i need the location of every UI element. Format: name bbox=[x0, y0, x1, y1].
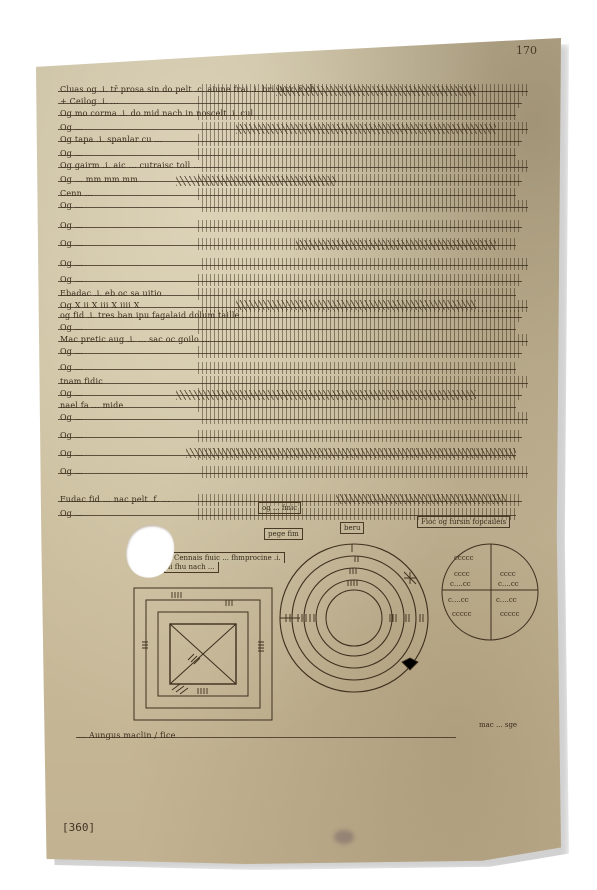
line-text: Og ... bbox=[58, 449, 83, 458]
square-diagram bbox=[128, 580, 278, 730]
line-text: tnam fidic bbox=[58, 377, 103, 386]
text-line: Og ... bbox=[58, 466, 528, 478]
svg-text:c....cc: c....cc bbox=[448, 596, 469, 604]
text-line: Og tapa .i. spanlar cu ... bbox=[58, 134, 522, 146]
line-text: nael fa ... mide bbox=[58, 401, 123, 410]
ogham-strokes bbox=[58, 274, 522, 286]
ogham-strokes bbox=[58, 220, 522, 232]
line-text: Og tapa .i. spanlar cu ... bbox=[58, 135, 163, 144]
line-text: Og gairm .i. aic ... cutraisc toll ... bbox=[58, 161, 201, 170]
svg-text:c....cc: c....cc bbox=[498, 580, 519, 588]
text-line: tnam fidic bbox=[58, 376, 528, 388]
line-text: og fid .i. tres ban ipu fagalaid dolum t… bbox=[58, 311, 251, 320]
line-text: + Ceilog .i. ... bbox=[58, 97, 119, 106]
text-line: Og ... bbox=[58, 274, 522, 286]
text-line: Og ... bbox=[58, 322, 516, 334]
line-text: Og ... bbox=[58, 201, 83, 210]
text-line: Og ... bbox=[58, 148, 516, 160]
text-line: nael fa ... mide bbox=[58, 400, 516, 412]
manuscript-page: 170 Cluas og .i. tr̄ prosa sin do pelt .… bbox=[36, 38, 561, 864]
ogham-strokes bbox=[58, 400, 516, 412]
ogham-strokes bbox=[176, 176, 336, 186]
ogham-strokes bbox=[58, 362, 516, 374]
line-text: Og ... bbox=[58, 347, 83, 356]
wheel-diagram: ccccc cccc cccc c....cc c....cc c....cc … bbox=[434, 538, 544, 648]
line-text: Og ... mm mm mm bbox=[58, 175, 138, 184]
ogham-strokes bbox=[336, 494, 506, 504]
text-line: Og ... bbox=[58, 200, 528, 212]
ogham-strokes bbox=[58, 466, 528, 478]
text-line: Ebadac .i. eb oc sa uitio bbox=[58, 288, 516, 300]
line-text: Og ... bbox=[58, 275, 83, 284]
bottom-right-note: mac ... sge bbox=[476, 720, 520, 730]
bottom-line-text: ... Aungus maclin / fice bbox=[76, 731, 176, 740]
ogham-strokes bbox=[58, 376, 528, 388]
line-text: Og ... bbox=[58, 389, 83, 398]
line-text: Og ... bbox=[58, 259, 83, 268]
ogham-strokes bbox=[296, 240, 496, 250]
label-box: ii fhu nach ... bbox=[164, 562, 219, 573]
text-line: Og ... bbox=[58, 362, 516, 374]
ogham-strokes bbox=[58, 430, 522, 442]
text-line: Cenn ... bbox=[58, 188, 516, 200]
text-line: Og ... bbox=[58, 258, 528, 270]
text-line: og fid .i. tres ban ipu fagalaid dolum t… bbox=[58, 310, 522, 322]
text-line: Og ... bbox=[58, 430, 522, 442]
ogham-strokes bbox=[58, 258, 528, 270]
line-text: Ebadac .i. eb oc sa uitio bbox=[58, 289, 162, 298]
ogham-strokes bbox=[58, 346, 522, 358]
line-text: Og ... bbox=[58, 239, 83, 248]
ogham-strokes bbox=[58, 96, 522, 108]
line-text: Og ... bbox=[58, 123, 83, 132]
line-text: Og X ii X iii X iiii X bbox=[58, 301, 140, 310]
ogham-strokes bbox=[58, 322, 516, 334]
ogham-strokes bbox=[186, 448, 516, 458]
line-text: Og ... bbox=[58, 431, 83, 440]
line-text: Og ... bbox=[58, 363, 83, 372]
line-text: Cluas og .i. tr̄ prosa sin do pelt .c. a… bbox=[58, 85, 316, 94]
text-line: Og gairm .i. aic ... cutraisc toll ... bbox=[58, 160, 528, 172]
text-line: Og ... bbox=[58, 220, 522, 232]
svg-text:cccc: cccc bbox=[500, 570, 516, 578]
folio-number: 170 bbox=[516, 44, 537, 57]
line-text: Og ... bbox=[58, 509, 83, 518]
svg-text:ccccc: ccccc bbox=[500, 610, 520, 618]
line-text: Og ... bbox=[58, 323, 83, 332]
svg-text:ccccc: ccccc bbox=[452, 610, 472, 618]
text-line: Mac pretic aug .i. ... sac oc goilo ... bbox=[58, 334, 528, 346]
line-text: Cenn ... bbox=[58, 189, 93, 198]
bottom-text-line: ... Aungus maclin / fice bbox=[76, 730, 456, 742]
line-text: Fudac fid ... nac pelt .f. ... bbox=[58, 495, 170, 504]
circle-diagram bbox=[276, 532, 436, 702]
shelf-mark: [360] bbox=[62, 821, 95, 834]
svg-text:c....cc: c....cc bbox=[496, 596, 517, 604]
line-text: Og mo corma .i. do mid nach in noscelt .… bbox=[58, 109, 253, 118]
ogham-strokes bbox=[236, 300, 476, 310]
text-line: Og ... bbox=[58, 412, 528, 424]
line-text: Og ... bbox=[58, 221, 83, 230]
svg-text:c....cc: c....cc bbox=[450, 580, 471, 588]
ogham-strokes bbox=[58, 188, 516, 200]
ogham-strokes bbox=[236, 124, 496, 134]
ogham-strokes bbox=[58, 412, 528, 424]
label-box: Fioc og fursin fopcaileis bbox=[417, 516, 510, 528]
svg-text:cccc: cccc bbox=[454, 570, 470, 578]
ogham-strokes bbox=[58, 200, 528, 212]
text-line: + Ceilog .i. ... bbox=[58, 96, 522, 108]
text-line: Og mo corma .i. do mid nach in noscelt .… bbox=[58, 108, 516, 120]
parchment-hole bbox=[117, 516, 183, 585]
svg-text:ccccc: ccccc bbox=[454, 554, 474, 562]
text-line: Og ... bbox=[58, 346, 522, 358]
line-text: Og ... bbox=[58, 149, 83, 158]
ogham-strokes bbox=[176, 390, 476, 400]
line-text: Mac pretic aug .i. ... sac oc goilo ... bbox=[58, 335, 210, 344]
line-text: Og ... bbox=[58, 467, 83, 476]
stain bbox=[334, 830, 354, 844]
ogham-strokes bbox=[58, 148, 516, 160]
label-box: og ... fmic bbox=[258, 502, 301, 514]
line-text: Og ... bbox=[58, 413, 83, 422]
